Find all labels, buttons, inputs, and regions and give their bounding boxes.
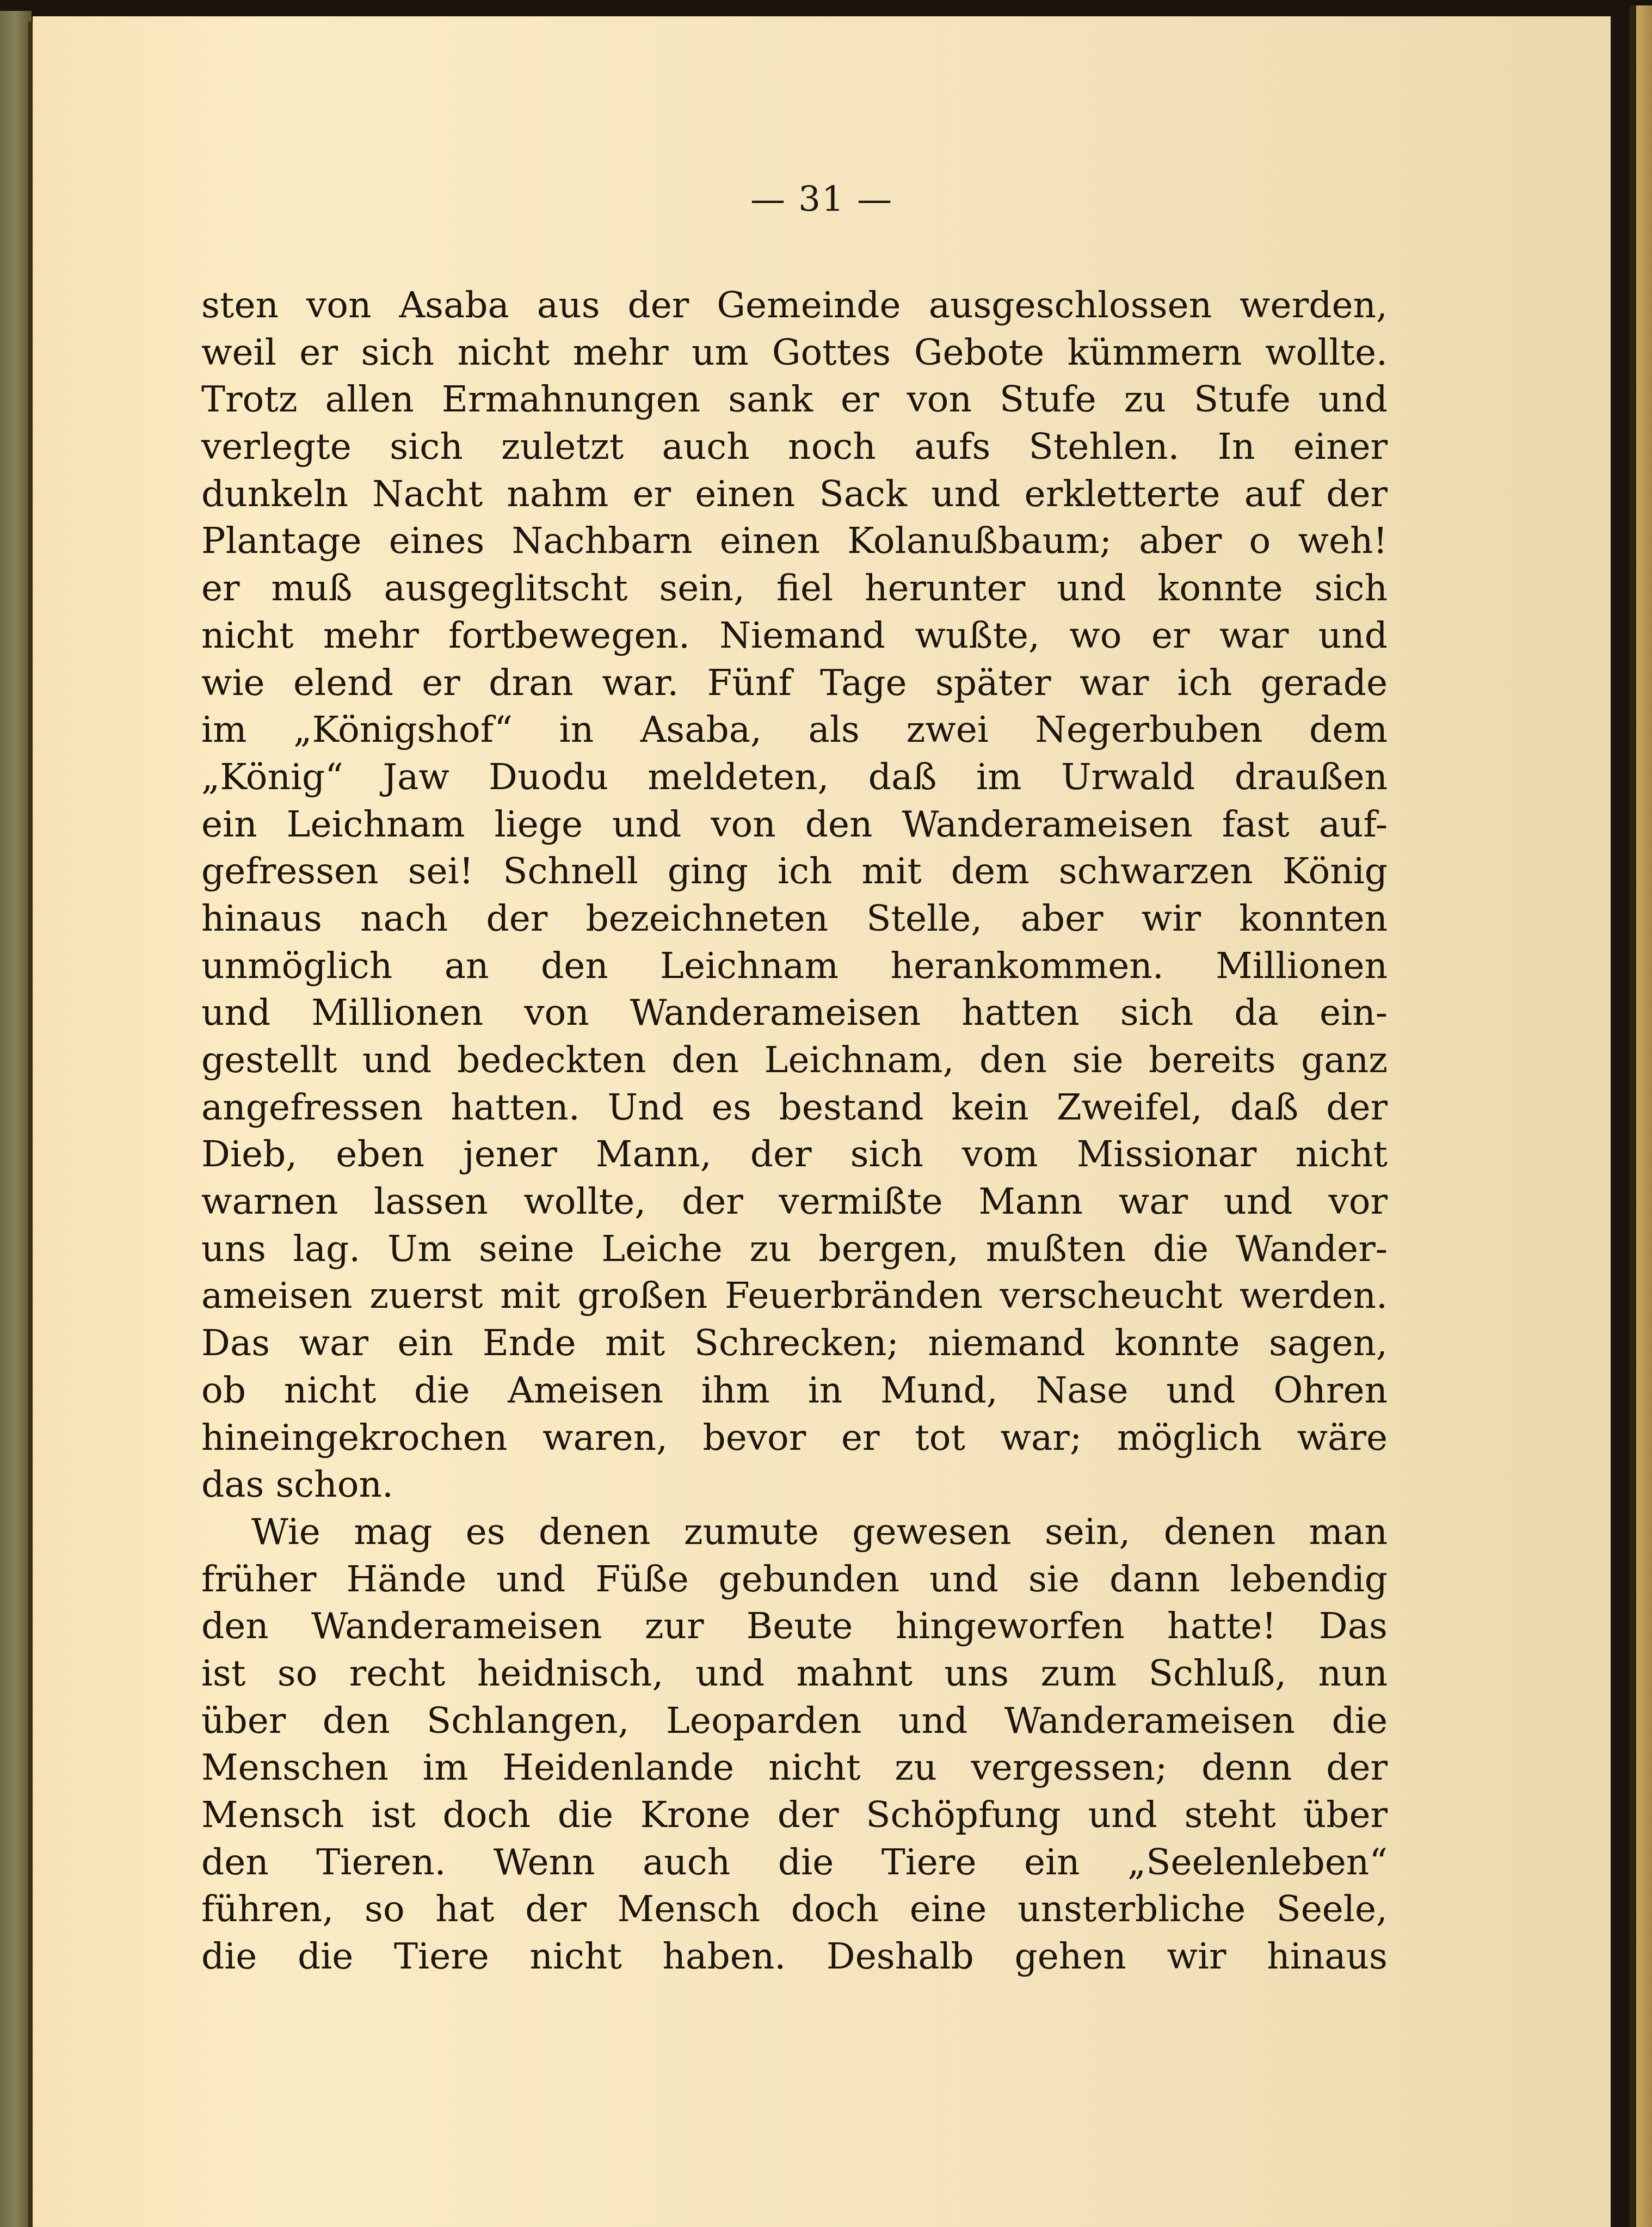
text-line: er muß ausgeglitscht sein, fiel herunter… xyxy=(201,565,1388,612)
text-line: angefressen hatten. Und es bestand kein … xyxy=(201,1084,1388,1131)
text-line: weil er sich nicht mehr um Gottes Gebote… xyxy=(201,329,1388,377)
text-line: nicht mehr fortbewegen. Niemand wußte, w… xyxy=(201,612,1388,660)
page-number: — 31 — xyxy=(33,180,1611,220)
text-line: ein Leichnam liege und von den Wanderame… xyxy=(201,801,1388,848)
paragraph-start-line: Wie mag es denen zumute gewesen sein, de… xyxy=(201,1509,1388,1556)
next-page-edge xyxy=(1636,5,1652,2227)
text-line: über den Schlangen, Leoparden und Wander… xyxy=(201,1697,1388,1745)
text-line: dunkeln Nacht nahm er einen Sack und erk… xyxy=(201,471,1388,518)
gutter-shadow xyxy=(28,22,33,2227)
text-line: wie elend er dran war. Fünf Tage später … xyxy=(201,660,1388,707)
text-line: den Tieren. Wenn auch die Tiere ein „See… xyxy=(201,1839,1388,1886)
body-text: sten von Asaba aus der Gemeinde ausgesch… xyxy=(201,282,1388,1980)
book-spine xyxy=(0,11,32,2227)
paragraph-end-line: das schon. xyxy=(201,1461,1388,1509)
text-line: Menschen im Heidenlande nicht zu vergess… xyxy=(201,1744,1388,1792)
text-line: im „Königshof“ in Asaba, als zwei Negerb… xyxy=(201,706,1388,754)
text-line: ist so recht heidnisch, und mahnt uns zu… xyxy=(201,1650,1388,1697)
text-line: unmöglich an den Leichnam herankommen. M… xyxy=(201,943,1388,990)
text-line: Trotz allen Ermahnungen sank er von Stuf… xyxy=(201,376,1388,423)
text-line: Plantage eines Nachbarn einen Kolanußbau… xyxy=(201,518,1388,565)
text-line: ameisen zuerst mit großen Feuerbränden v… xyxy=(201,1272,1388,1320)
text-line: warnen lassen wollte, der vermißte Mann … xyxy=(201,1178,1388,1226)
text-line: hineingekrochen waren, bevor er tot war;… xyxy=(201,1414,1388,1462)
text-line: Dieb, eben jener Mann, der sich vom Miss… xyxy=(201,1131,1388,1178)
text-line: die die Tiere nicht haben. Deshalb gehen… xyxy=(201,1933,1388,1980)
book-page: — 31 — sten von Asaba aus der Gemeinde a… xyxy=(33,16,1611,2227)
text-line: und Millionen von Wanderameisen hatten s… xyxy=(201,989,1388,1037)
text-line: früher Hände und Füße gebunden und sie d… xyxy=(201,1556,1388,1603)
text-line: sten von Asaba aus der Gemeinde ausgesch… xyxy=(201,282,1388,329)
text-line: hinaus nach der bezeichneten Stelle, abe… xyxy=(201,895,1388,943)
text-line: verlegte sich zuletzt auch noch aufs Ste… xyxy=(201,423,1388,471)
text-line: Das war ein Ende mit Schrecken; niemand … xyxy=(201,1320,1388,1367)
text-line: ob nicht die Ameisen ihm in Mund, Nase u… xyxy=(201,1367,1388,1414)
text-line: „König“ Jaw Duodu meldeten, daß im Urwal… xyxy=(201,754,1388,801)
text-line: gefressen sei! Schnell ging ich mit dem … xyxy=(201,848,1388,895)
text-line: führen, so hat der Mensch doch eine unst… xyxy=(201,1886,1388,1933)
text-line: gestellt und bedeckten den Leichnam, den… xyxy=(201,1037,1388,1084)
text-line: uns lag. Um seine Leiche zu bergen, mußt… xyxy=(201,1226,1388,1273)
text-line: Mensch ist doch die Krone der Schöpfung … xyxy=(201,1792,1388,1839)
text-line: den Wanderameisen zur Beute hingeworfen … xyxy=(201,1603,1388,1650)
page-edge-shadow xyxy=(1630,5,1636,2227)
